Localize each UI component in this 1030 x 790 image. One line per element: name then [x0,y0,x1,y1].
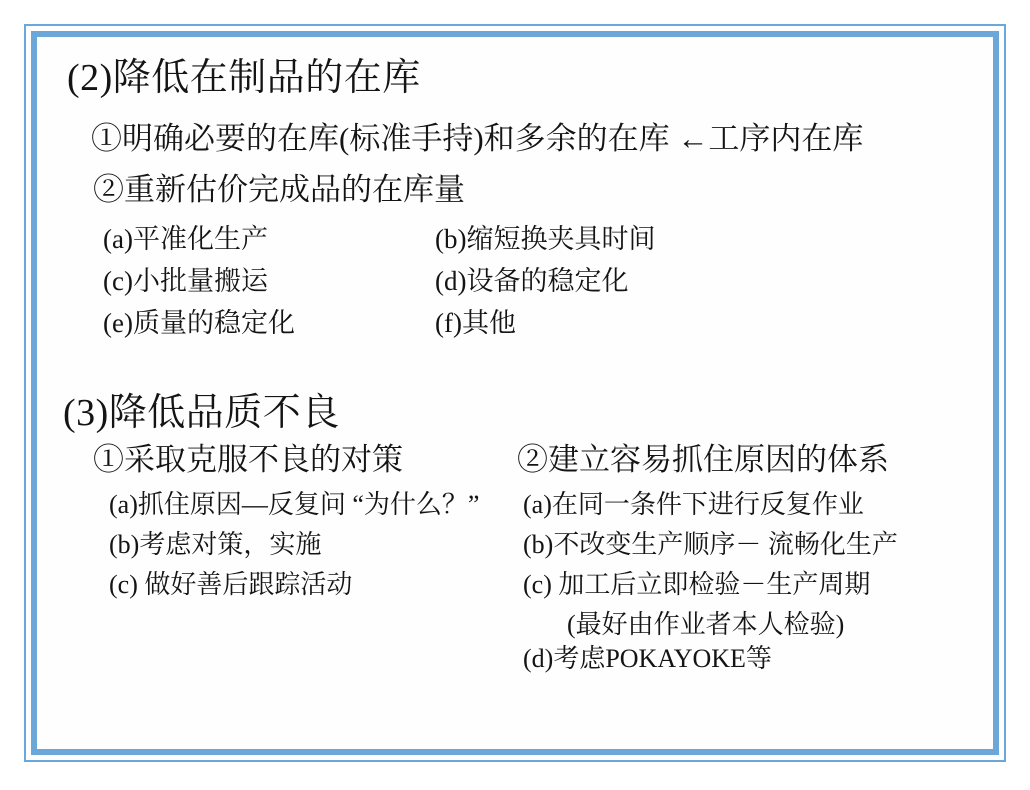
measure-item-b: (b)缩短换夹具时间 [435,224,655,255]
col2-item-a: (a)在同一条件下进行反复作业 [523,490,985,520]
section3-col1-heading: ①采取克服不良的对策 [93,442,517,478]
measure-item-c: (c)小批量搬运 [103,266,435,297]
measure-item-f: (f)其他 [435,308,655,339]
slide-inner-border: (2)降低在制品的在库 ①明确必要的在库(标准手持)和多余的在库 ←工序内在库 … [31,31,999,755]
section3-column-2: ②建立容易抓住原因的体系 (a)在同一条件下进行反复作业 (b)不改变生产顺序－… [517,442,985,684]
slide-content: (2)降低在制品的在库 ①明确必要的在库(标准手持)和多余的在库 ←工序内在库 … [37,37,993,749]
section3-col2-heading: ②建立容易抓住原因的体系 [517,442,985,478]
section3-columns: ①采取克服不良的对策 (a)抓住原因—反复问 “为什么？” (b)考虑对策，实施… [93,442,985,684]
section3-column-1: ①采取克服不良的对策 (a)抓住原因—反复问 “为什么？” (b)考虑对策，实施… [93,442,517,684]
col2-item-b: (b)不改变生产顺序－ 流畅化生产 [523,530,985,560]
section3-title: (3)降低品质不良 [63,392,340,436]
col2-item-d: (d)考虑POKAYOKE等 [523,644,985,674]
section2-point-2: ②重新估价完成品的在库量 [93,172,465,208]
col1-item-a: (a)抓住原因—反复问 “为什么？” [109,490,517,520]
col1-item-c: (c) 做好善后跟踪活动 [109,570,517,600]
col2-item-c-note: (最好由作业者本人检验) [567,610,985,640]
section2-measure-list: (a)平准化生产 (b)缩短换夹具时间 (c)小批量搬运 (d)设备的稳定化 (… [103,224,655,339]
slide-outer-border: (2)降低在制品的在库 ①明确必要的在库(标准手持)和多余的在库 ←工序内在库 … [24,24,1006,762]
col2-item-c: (c) 加工后立即检验－生产周期 [523,570,985,600]
measure-item-a: (a)平准化生产 [103,224,435,255]
col1-item-b: (b)考虑对策，实施 [109,530,517,560]
measure-item-d: (d)设备的稳定化 [435,266,655,297]
section2-title: (2)降低在制品的在库 [67,57,421,101]
section2-point-1: ①明确必要的在库(标准手持)和多余的在库 ←工序内在库 [91,121,863,157]
measure-item-e: (e)质量的稳定化 [103,308,435,339]
